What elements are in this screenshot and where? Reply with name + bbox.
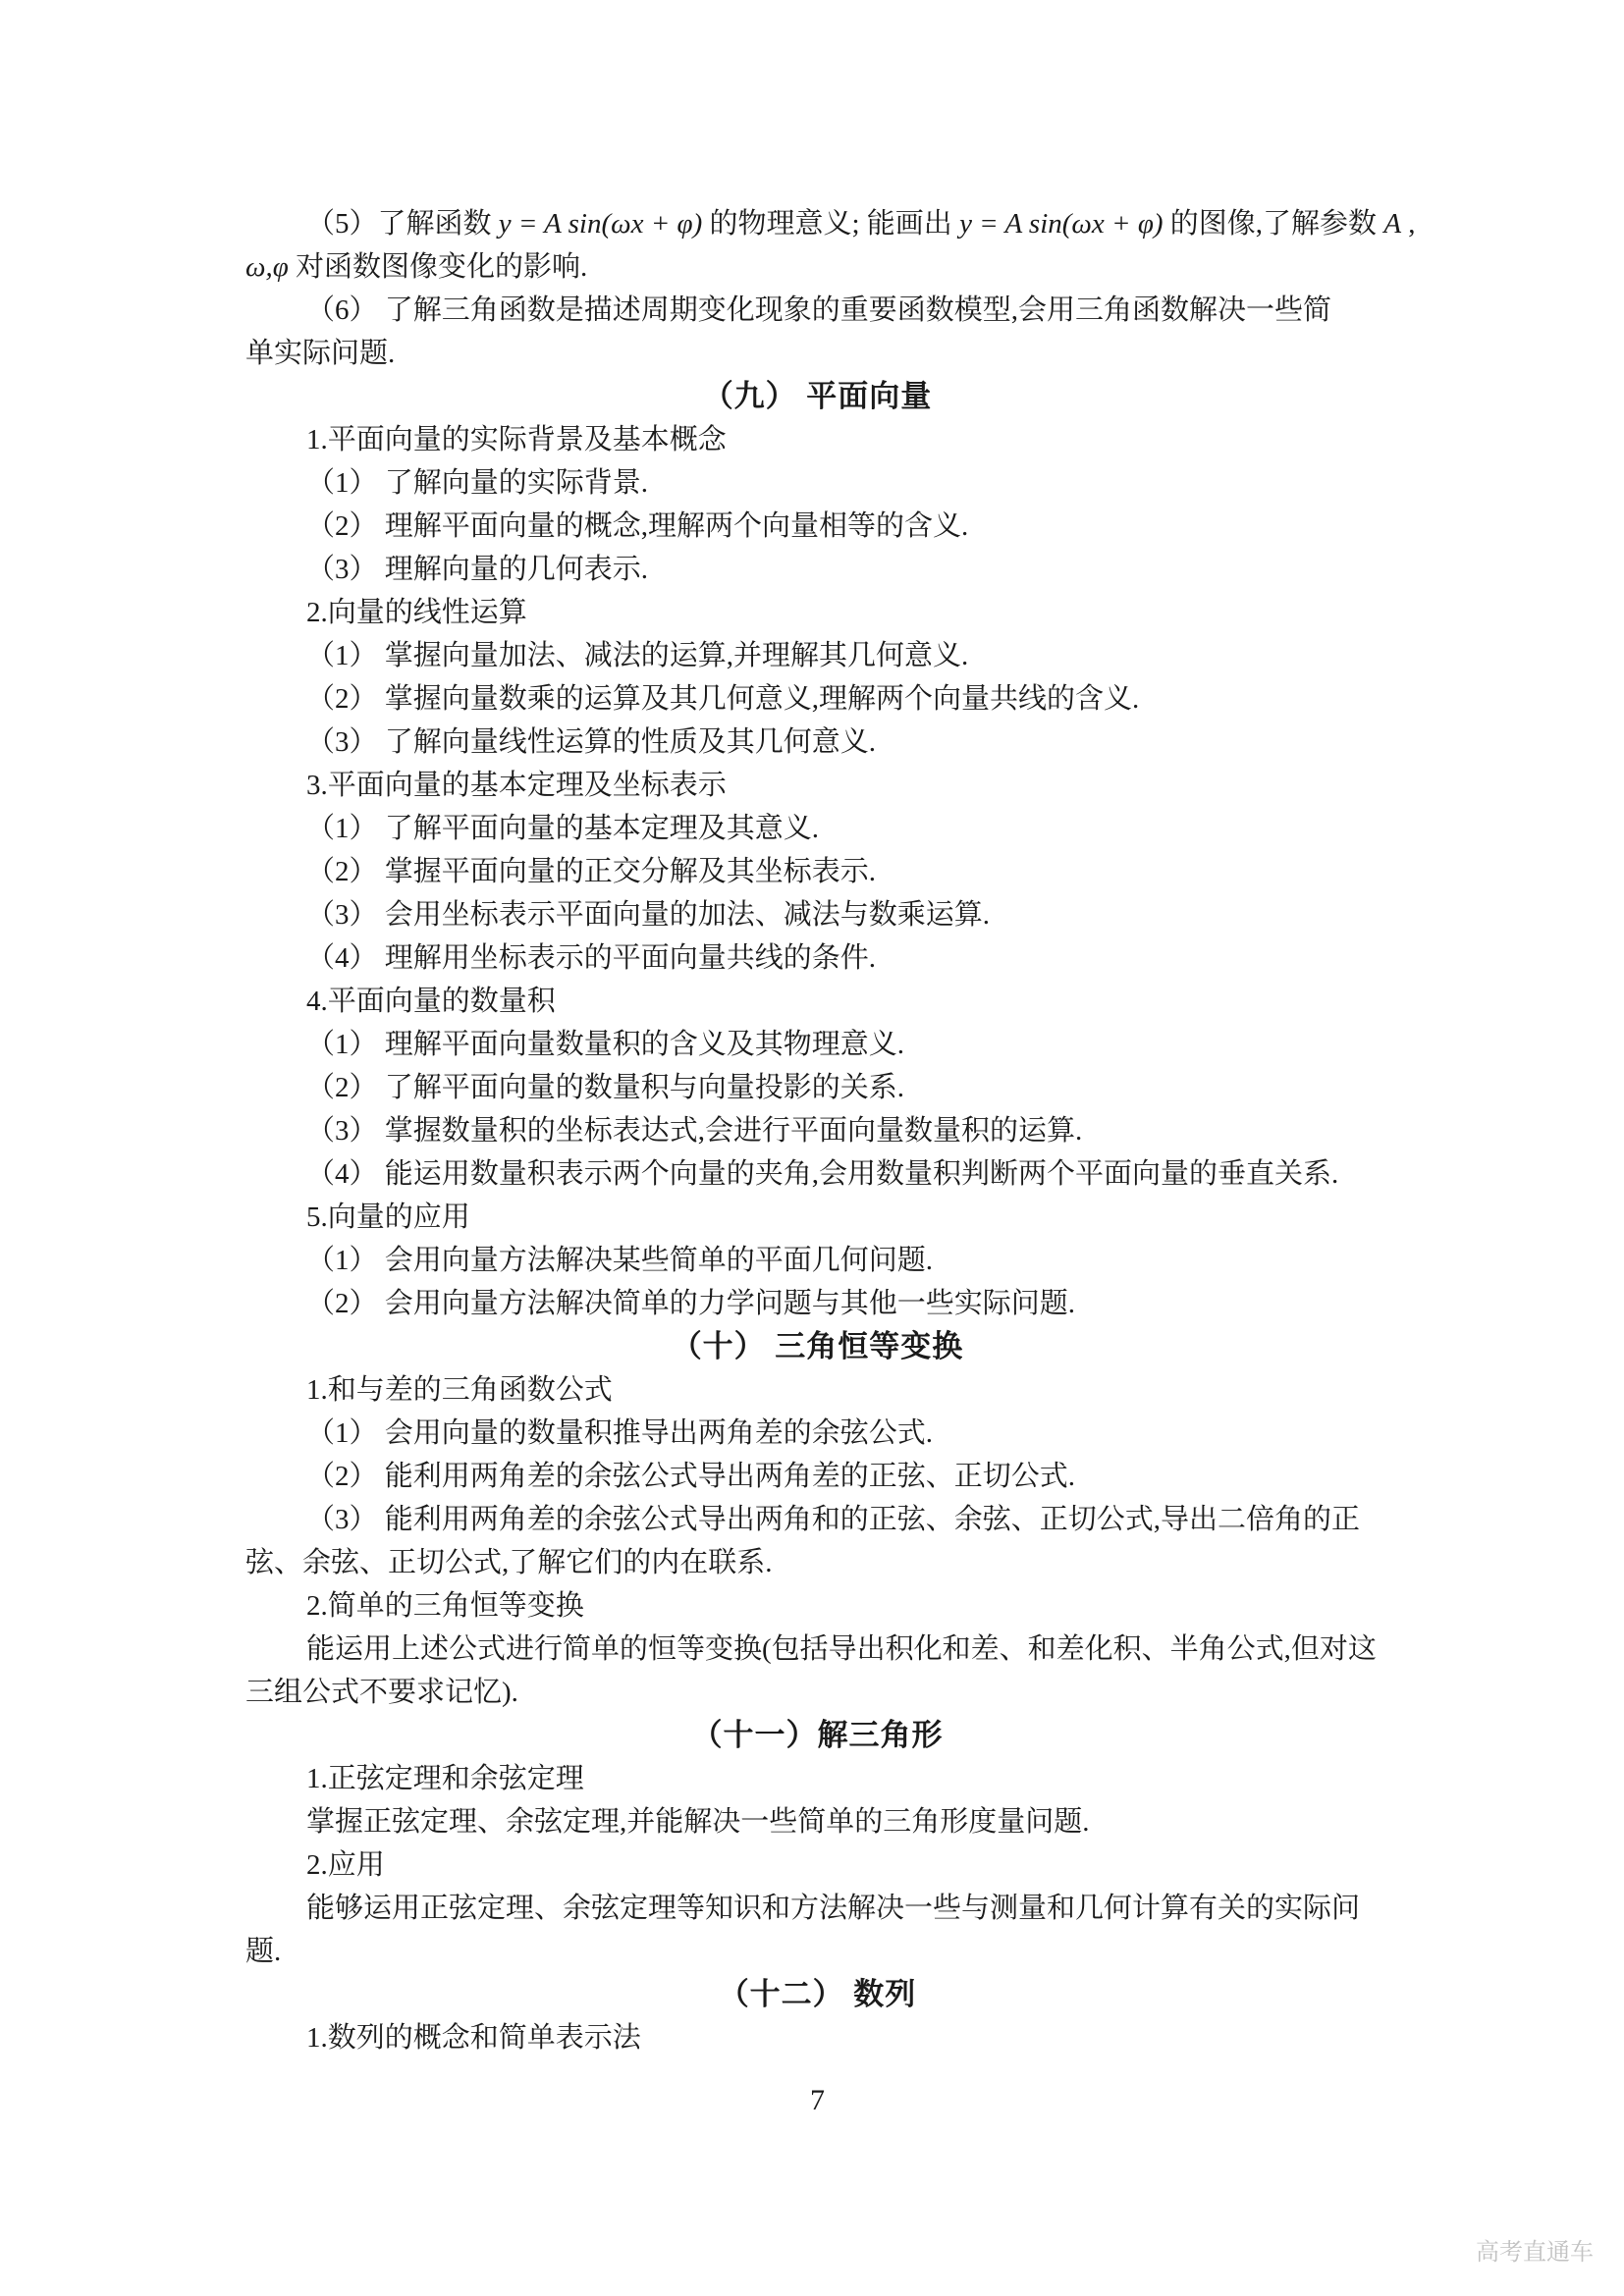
list-item: （2） 能利用两角差的余弦公式导出两角差的正弦、正切公式. [245, 1455, 1389, 1498]
list-item: （4） 能运用数量积表示两个向量的夹角,会用数量积判断两个平面向量的垂直关系. [245, 1152, 1389, 1196]
list-item: （3） 能利用两角差的余弦公式导出两角和的正弦、余弦、正切公式,导出二倍角的正 [245, 1498, 1389, 1541]
text-segment: 的图像,了解参数 [1164, 208, 1384, 240]
section-heading-12-sequences: （十二） 数列 [245, 1973, 1389, 2016]
paragraph-item-5-continued: ω,φ 对函数图像变化的影响. [245, 245, 1389, 289]
list-item: （1） 会用向量的数量积推导出两角差的余弦公式. [245, 1412, 1389, 1455]
topic-line: 1.数列的概念和简单表示法 [245, 2016, 1389, 2059]
paragraph: 能够运用正弦定理、余弦定理等知识和方法解决一些与测量和几何计算有关的实际问 [245, 1887, 1389, 1930]
list-item: （1） 理解平面向量数量积的含义及其物理意义. [245, 1023, 1389, 1066]
list-item-continued: 弦、余弦、正切公式,了解它们的内在联系. [245, 1541, 1389, 1584]
text-segment: , [1401, 208, 1416, 240]
syllabus-text: （5）了解函数 y = A sin(ωx + φ) 的物理意义; 能画出 y =… [245, 202, 1389, 2059]
watermark-gaokao-zhitongche: 高考直通车 [1476, 2238, 1594, 2268]
list-item: （3） 理解向量的几何表示. [245, 548, 1389, 591]
topic-line: 1.平面向量的实际背景及基本概念 [245, 418, 1389, 461]
page-number: 7 [245, 2079, 1389, 2122]
list-item: （2） 了解平面向量的数量积与向量投影的关系. [245, 1066, 1389, 1109]
topic-line: 1.正弦定理和余弦定理 [245, 1757, 1389, 1800]
formula-param-a: A [1383, 208, 1401, 240]
topic-line: 2.简单的三角恒等变换 [245, 1584, 1389, 1628]
document-page: （5）了解函数 y = A sin(ωx + φ) 的物理意义; 能画出 y =… [0, 0, 1624, 2296]
text-segment: 对函数图像变化的影响. [289, 251, 588, 283]
paragraph-continued: 三组公式不要求记忆). [245, 1671, 1389, 1714]
topic-line: 2.应用 [245, 1843, 1389, 1887]
list-item: （3） 掌握数量积的坐标表达式,会进行平面向量数量积的运算. [245, 1109, 1389, 1152]
list-item: （2） 掌握向量数乘的运算及其几何意义,理解两个向量共线的含义. [245, 677, 1389, 721]
list-item: （1） 会用向量方法解决某些简单的平面几何问题. [245, 1239, 1389, 1282]
paragraph: 能运用上述公式进行简单的恒等变换(包括导出积化和差、和差化积、半角公式,但对这 [245, 1628, 1389, 1671]
list-item: （1） 了解平面向量的基本定理及其意义. [245, 807, 1389, 850]
section-heading-9-plane-vectors: （九） 平面向量 [245, 375, 1389, 418]
topic-line: 4.平面向量的数量积 [245, 980, 1389, 1023]
paragraph-item-5: （5）了解函数 y = A sin(ωx + φ) 的物理意义; 能画出 y =… [245, 202, 1389, 245]
topic-line: 1.和与差的三角函数公式 [245, 1368, 1389, 1412]
list-item: （1） 了解向量的实际背景. [245, 461, 1389, 505]
list-item: （4） 理解用坐标表示的平面向量共线的条件. [245, 936, 1389, 980]
section-heading-11-solving-triangles: （十一）解三角形 [245, 1714, 1389, 1757]
paragraph-continued: 题. [245, 1930, 1389, 1973]
list-item: （3） 会用坐标表示平面向量的加法、减法与数乘运算. [245, 893, 1389, 936]
text-segment: （5）了解函数 [306, 208, 499, 240]
formula-asin: y = A sin(ωx + φ) [959, 208, 1163, 240]
topic-line: 2.向量的线性运算 [245, 591, 1389, 634]
list-item: （1） 掌握向量加法、减法的运算,并理解其几何意义. [245, 634, 1389, 677]
list-item: （2） 会用向量方法解决简单的力学问题与其他一些实际问题. [245, 1282, 1389, 1325]
list-item: （2） 掌握平面向量的正交分解及其坐标表示. [245, 850, 1389, 893]
section-heading-10-trig-identities: （十） 三角恒等变换 [245, 1325, 1389, 1368]
formula-omega-phi: ω,φ [245, 251, 289, 283]
paragraph-item-6-continued: 单实际问题. [245, 332, 1389, 375]
list-item: （2） 理解平面向量的概念,理解两个向量相等的含义. [245, 505, 1389, 548]
paragraph: 掌握正弦定理、余弦定理,并能解决一些简单的三角形度量问题. [245, 1800, 1389, 1843]
list-item: （3） 了解向量线性运算的性质及其几何意义. [245, 721, 1389, 764]
text-segment: 的物理意义; 能画出 [702, 208, 959, 240]
topic-line: 3.平面向量的基本定理及坐标表示 [245, 764, 1389, 807]
formula-asin: y = A sin(ωx + φ) [499, 208, 702, 240]
paragraph-item-6: （6） 了解三角函数是描述周期变化现象的重要函数模型,会用三角函数解决一些简 [245, 289, 1389, 332]
topic-line: 5.向量的应用 [245, 1196, 1389, 1239]
